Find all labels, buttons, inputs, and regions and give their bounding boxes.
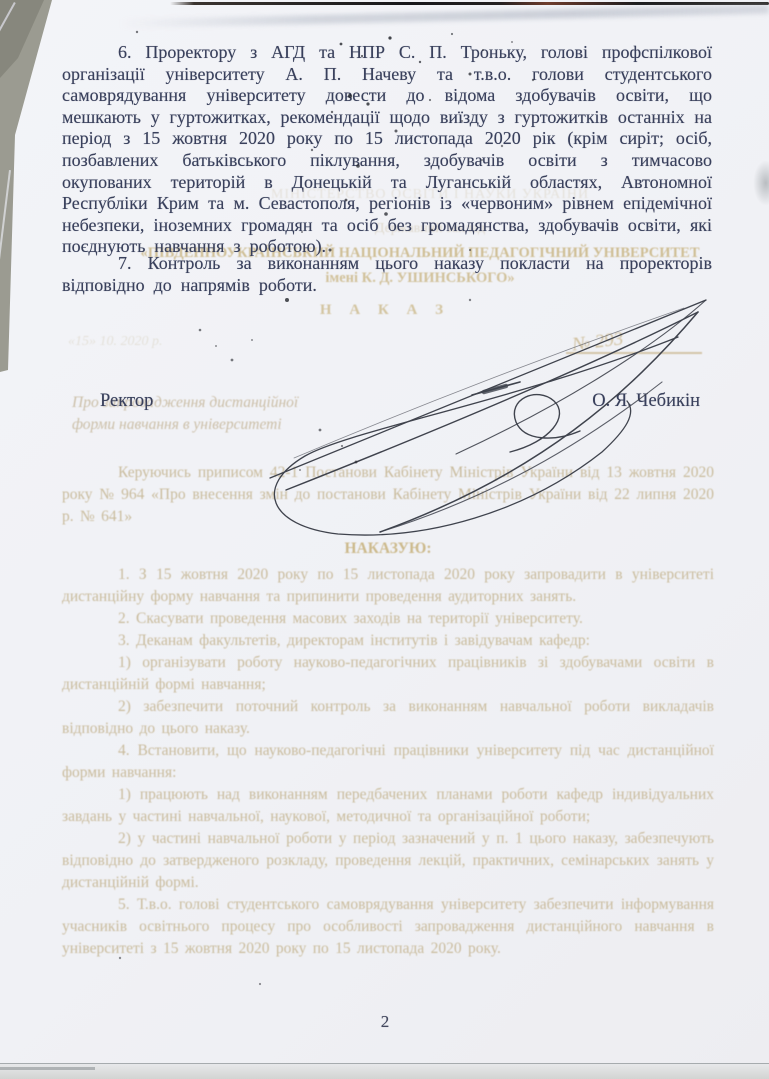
- bleedthrough-item: 4. Встановити, що науково-педагогічні пр…: [62, 740, 714, 784]
- order-paragraph-6: 6. Проректору з АГД та НПР С. П. Троньку…: [62, 42, 712, 258]
- bleedthrough-item: 1. З 15 жовтня 2020 року по 15 листопада…: [62, 564, 714, 608]
- page-number: 2: [370, 1012, 400, 1032]
- scan-artifact-top-line: [170, 2, 769, 5]
- bleedthrough-date: «15» 10. 2020 р.: [68, 334, 278, 350]
- bleedthrough-item: 2) забезпечити поточний контроль за вико…: [62, 696, 714, 740]
- scan-artifact-bottom-line: [0, 1067, 95, 1070]
- scan-artifact-smudge: [753, 160, 769, 206]
- rector-signature: [258, 282, 718, 562]
- bleedthrough-item: 1) працюють над виконанням передбачених …: [62, 784, 714, 828]
- bleedthrough-item: 3. Деканам факультетів, директорам інсти…: [62, 630, 714, 652]
- bleedthrough-item: 5. Т.в.о. голові студентського самовряду…: [62, 894, 714, 960]
- bleedthrough-item: 2. Скасувати проведення масових заходів …: [62, 608, 714, 630]
- bleedthrough-item: 2) у частині навчальної роботи у період …: [62, 828, 714, 894]
- bleedthrough-item: 1) організувати роботу науково-педагогіч…: [62, 652, 714, 696]
- scanner-bed-bottom: [0, 1063, 769, 1079]
- scanned-document-page: МІНІСТЕРСТВО ОСВІТИ І НАУКИ УКРАЇНИ Держ…: [0, 0, 769, 1079]
- rector-title: Ректор: [100, 391, 153, 412]
